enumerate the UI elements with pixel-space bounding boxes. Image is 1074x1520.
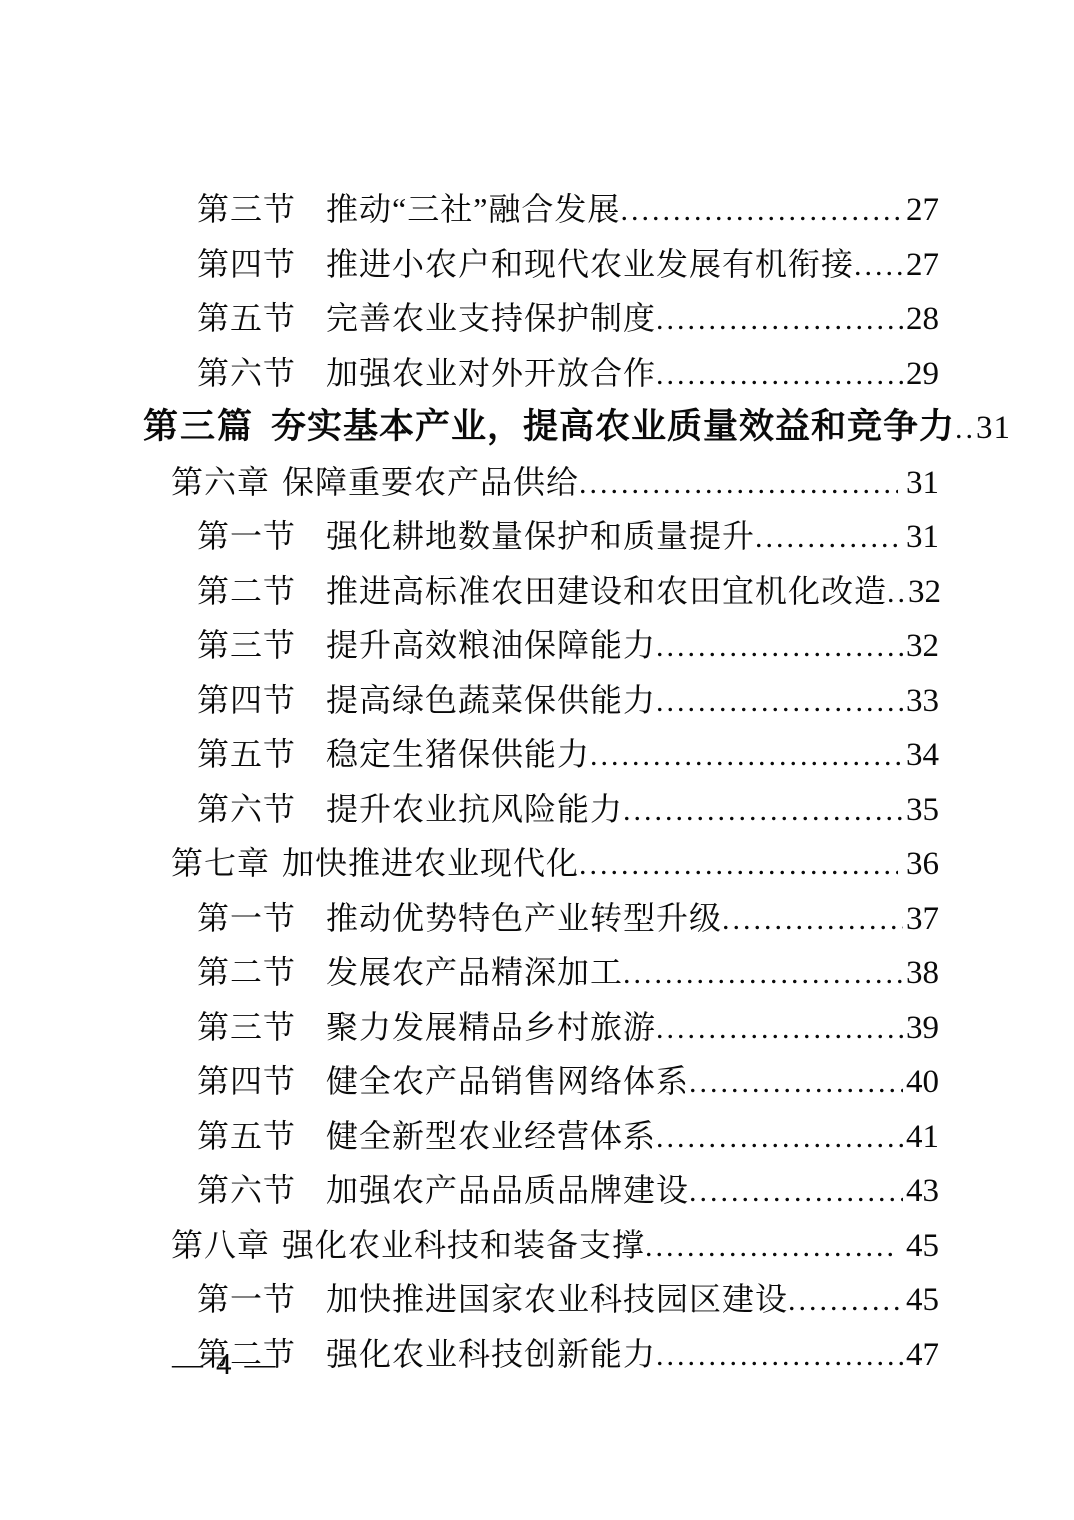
entry-page-number: 31 xyxy=(973,402,1011,455)
dot-leader xyxy=(656,1330,903,1383)
toc-entry: 第六节 提升农业抗风险能力 35 xyxy=(140,783,939,838)
document-page: 第三节 推动“三社”融合发展 27 第四节 推进小农户和现代农业发展有机衔接 2… xyxy=(0,0,1074,1520)
dot-leader xyxy=(656,1112,903,1165)
toc-entry: 第一节 加快推进国家农业科技园区建设 45 xyxy=(140,1273,939,1328)
toc-entry: 第四节 提高绿色蔬菜保供能力 33 xyxy=(140,674,939,729)
toc-entry: 第五节 健全新型农业经营体系 41 xyxy=(140,1110,939,1165)
entry-page-number: 43 xyxy=(903,1165,939,1218)
entry-title: 强化农业科技创新能力 xyxy=(326,1328,656,1381)
dot-leader xyxy=(755,512,903,565)
toc-entry: 第六节 加强农产品品质品牌建设 43 xyxy=(140,1164,939,1219)
entry-title: 聚力发展精品乡村旅游 xyxy=(326,1001,656,1054)
dot-leader xyxy=(579,458,898,511)
entry-page-number: 45 xyxy=(898,1220,939,1273)
entry-page-number: 39 xyxy=(903,1002,939,1055)
entry-page-number: 32 xyxy=(903,620,939,673)
entry-page-number: 31 xyxy=(903,511,939,564)
entry-page-number: 45 xyxy=(903,1274,939,1327)
entry-label: 第五节 xyxy=(197,292,296,345)
toc-entry: 第二节 推进高标准农田建设和农田宜机化改造 32 xyxy=(140,565,939,620)
entry-page-number: 33 xyxy=(903,675,939,728)
entry-label: 第二节 xyxy=(197,565,296,618)
entry-page-number: 28 xyxy=(903,293,939,346)
entry-page-number: 47 xyxy=(903,1329,939,1382)
entry-page-number: 32 xyxy=(905,566,941,619)
entry-page-number: 36 xyxy=(898,838,939,891)
footer-page-number: 4 xyxy=(216,1346,232,1382)
entry-page-number: 31 xyxy=(898,457,939,510)
dot-leader xyxy=(620,185,903,238)
entry-title: 稳定生猪保供能力 xyxy=(326,728,590,781)
entry-label: 第二节 xyxy=(197,946,296,999)
dot-leader xyxy=(645,1221,898,1274)
entry-label: 第三节 xyxy=(197,183,296,236)
entry-page-number: 37 xyxy=(903,893,939,946)
toc-entry: 第七章 加快推进农业现代化 36 xyxy=(140,837,939,892)
entry-page-number: 35 xyxy=(903,784,939,837)
entry-label: 第四节 xyxy=(197,238,296,291)
footer-dash-right: — xyxy=(245,1346,276,1382)
entry-title: 健全农产品销售网络体系 xyxy=(326,1055,689,1108)
dot-leader xyxy=(689,1057,903,1110)
toc-entry: 第二节 发展农产品精深加工 38 xyxy=(140,946,939,1001)
entry-title: 推动优势特色产业转型升级 xyxy=(326,892,722,945)
entry-page-number: 27 xyxy=(903,239,939,292)
entry-label: 第五节 xyxy=(197,1110,296,1163)
entry-label: 第六章 xyxy=(171,456,270,509)
toc-entry: 第三节 推动“三社”融合发展 27 xyxy=(140,183,939,238)
entry-title: 强化农业科技和装备支撑 xyxy=(282,1219,645,1272)
toc-entry: 第四节 健全农产品销售网络体系 40 xyxy=(140,1055,939,1110)
entry-title: 加强农业对外开放合作 xyxy=(326,347,656,400)
entry-page-number: 34 xyxy=(903,729,939,782)
dot-leader xyxy=(656,676,903,729)
entry-title: 提升农业抗风险能力 xyxy=(326,783,623,836)
entry-page-number: 29 xyxy=(903,348,939,401)
footer-dash-left: — xyxy=(172,1346,203,1382)
dot-leader xyxy=(623,948,903,1001)
dot-leader xyxy=(722,894,903,947)
entry-label: 第七章 xyxy=(171,837,270,890)
toc-entry: 第一节 推动优势特色产业转型升级 37 xyxy=(140,892,939,947)
entry-page-number: 41 xyxy=(903,1111,939,1164)
entry-title: 发展农产品精深加工 xyxy=(326,946,623,999)
dot-leader xyxy=(689,1166,903,1219)
entry-title: 强化耕地数量保护和质量提升 xyxy=(326,510,755,563)
entry-label: 第一节 xyxy=(197,892,296,945)
toc-entry: 第六章 保障重要农产品供给 31 xyxy=(140,456,939,511)
toc-entry: 第三篇 夯实基本产业，提高农业质量效益和竞争力 31 xyxy=(140,401,939,456)
entry-page-number: 40 xyxy=(903,1056,939,1109)
dot-leader xyxy=(656,1003,903,1056)
entry-label: 第八章 xyxy=(171,1219,270,1272)
entry-label: 第三篇 xyxy=(143,401,254,454)
entry-label: 第三节 xyxy=(197,1001,296,1054)
entry-title: 提升高效粮油保障能力 xyxy=(326,619,656,672)
entry-label: 第三节 xyxy=(197,619,296,672)
entry-title: 推进高标准农田建设和农田宜机化改造 xyxy=(326,565,887,618)
page-footer: — 4 — xyxy=(172,1346,276,1382)
entry-title: 推进小农户和现代农业发展有机衔接 xyxy=(326,238,854,291)
entry-title: 加快推进农业现代化 xyxy=(282,837,579,890)
entry-label: 第六节 xyxy=(197,347,296,400)
dot-leader xyxy=(579,839,898,892)
entry-title: 加快推进国家农业科技园区建设 xyxy=(326,1273,788,1326)
toc-entry: 第五节 稳定生猪保供能力 34 xyxy=(140,728,939,783)
toc-entry: 第一节 强化耕地数量保护和质量提升 31 xyxy=(140,510,939,565)
toc-entry: 第四节 推进小农户和现代农业发展有机衔接 27 xyxy=(140,238,939,293)
dot-leader xyxy=(887,567,905,620)
entry-label: 第六节 xyxy=(197,783,296,836)
entry-page-number: 38 xyxy=(903,947,939,1000)
dot-leader xyxy=(623,785,903,838)
entry-label: 第六节 xyxy=(197,1164,296,1217)
entry-title: 加强农产品品质品牌建设 xyxy=(326,1164,689,1217)
toc-list: 第三节 推动“三社”融合发展 27 第四节 推进小农户和现代农业发展有机衔接 2… xyxy=(140,183,939,1382)
toc-entry: 第三节 提升高效粮油保障能力 32 xyxy=(140,619,939,674)
entry-label: 第四节 xyxy=(197,1055,296,1108)
entry-label: 第四节 xyxy=(197,674,296,727)
toc-entry: 第八章 强化农业科技和装备支撑 45 xyxy=(140,1219,939,1274)
entry-label: 第一节 xyxy=(197,510,296,563)
dot-leader xyxy=(854,240,903,293)
dot-leader xyxy=(656,621,903,674)
entry-title: 提高绿色蔬菜保供能力 xyxy=(326,674,656,727)
dot-leader xyxy=(590,730,903,783)
dot-leader xyxy=(656,349,903,402)
entry-title: 推动“三社”融合发展 xyxy=(326,183,620,236)
entry-title: 健全新型农业经营体系 xyxy=(326,1110,656,1163)
dot-leader xyxy=(788,1275,903,1328)
entry-label: 第一节 xyxy=(197,1273,296,1326)
entry-label: 第五节 xyxy=(197,728,296,781)
dot-leader xyxy=(656,294,903,347)
entry-title: 完善农业支持保护制度 xyxy=(326,292,656,345)
dot-leader xyxy=(955,403,973,456)
entry-title: 夯实基本产业，提高农业质量效益和竞争力 xyxy=(271,401,955,454)
entry-page-number: 27 xyxy=(903,184,939,237)
toc-entry: 第三节 聚力发展精品乡村旅游 39 xyxy=(140,1001,939,1056)
toc-entry: 第五节 完善农业支持保护制度 28 xyxy=(140,292,939,347)
toc-entry: 第六节 加强农业对外开放合作 29 xyxy=(140,347,939,402)
entry-title: 保障重要农产品供给 xyxy=(282,456,579,509)
